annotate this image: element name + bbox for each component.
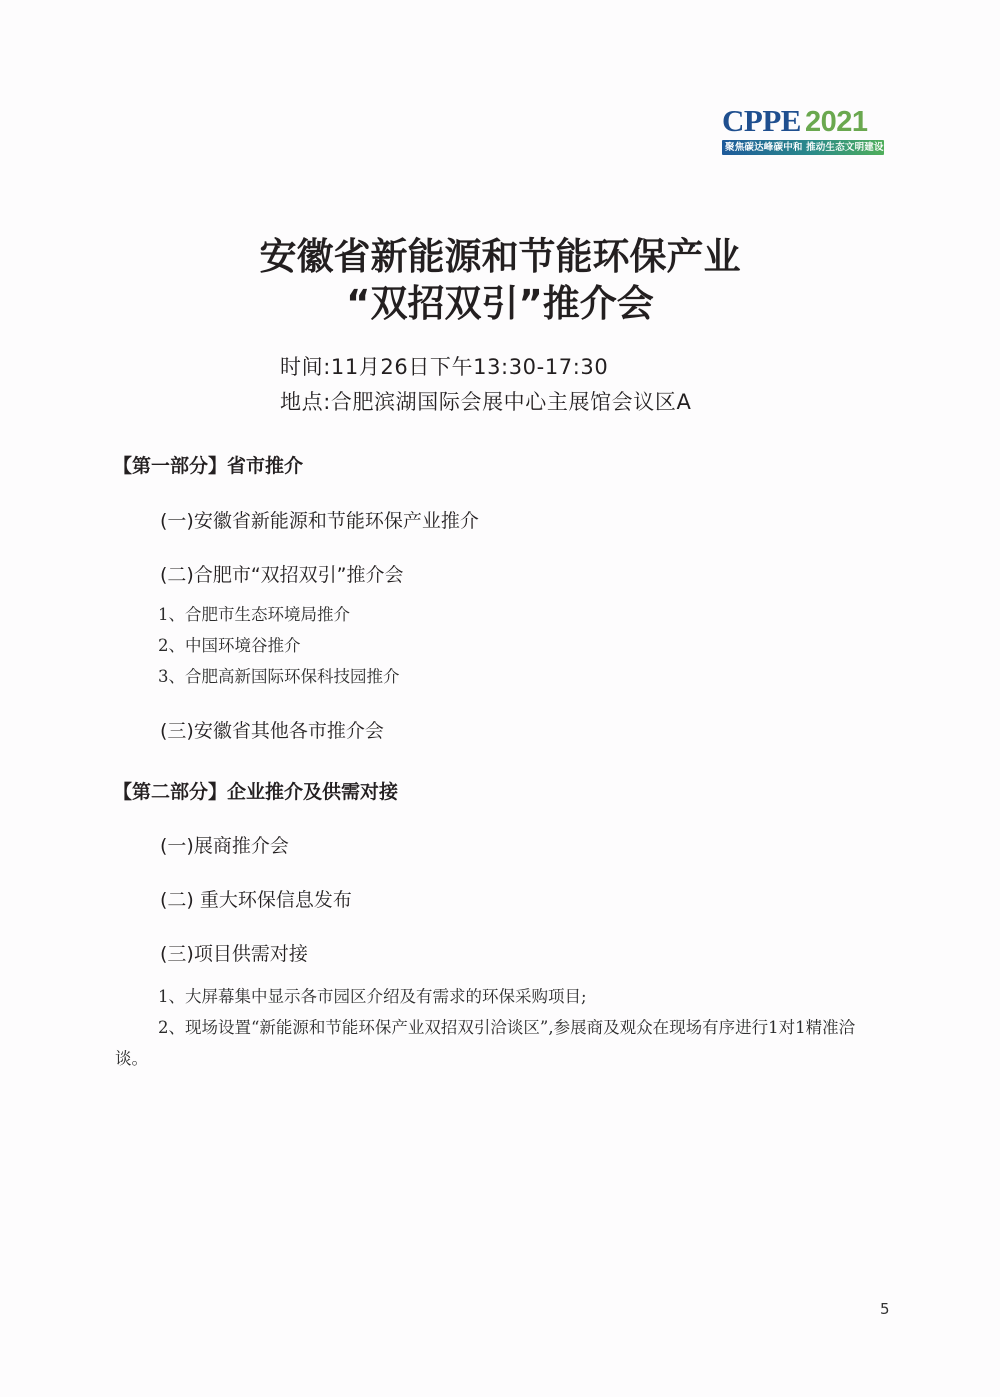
event-time: 时间:11月26日下午13:30-17:30 (280, 352, 608, 382)
part1-section-3: (三)安徽省其他各市推介会 (160, 717, 384, 745)
logo-year: 2021 (805, 106, 868, 138)
event-location: 地点:合肥滨湖国际会展中心主展馆会议区A (280, 387, 691, 417)
part1-heading: 【第一部分】省市推介 (113, 452, 303, 480)
cppe-logo: CPPE2021 聚焦碳达峰碳中和 推动生态文明建设 (722, 106, 884, 155)
logo-brand: CPPE (722, 103, 801, 138)
part1-section-2-item-1: 1、合肥市生态环境局推介 (158, 602, 350, 628)
page-title-line2: “双招双引”推介会 (0, 279, 1000, 329)
logo-slogan: 聚焦碳达峰碳中和 推动生态文明建设 (722, 140, 884, 155)
part1-section-2-item-2: 2、中国环境谷推介 (158, 633, 301, 659)
part2-section-1: (一)展商推介会 (160, 832, 289, 860)
part1-section-2-item-3: 3、合肥高新国际环保科技园推介 (158, 664, 400, 690)
part2-section-2: (二) 重大环保信息发布 (160, 886, 352, 914)
part2-section-3: (三)项目供需对接 (160, 940, 308, 968)
part2-paragraph-2: 2、现场设置“新能源和节能环保产业双招双引洽谈区”,参展商及观众在现场有序进行1… (115, 1012, 875, 1074)
part2-heading: 【第二部分】企业推介及供需对接 (113, 778, 398, 806)
page-title-line1: 安徽省新能源和节能环保产业 (0, 232, 1000, 282)
logo-wordmark: CPPE2021 (722, 106, 884, 137)
part1-section-2: (二)合肥市“双招双引”推介会 (160, 561, 404, 589)
part1-section-1: (一)安徽省新能源和节能环保产业推介 (160, 507, 479, 535)
page-number: 5 (880, 1300, 890, 1318)
part2-paragraph-1: 1、大屏幕集中显示各市园区介绍及有需求的环保采购项目; (115, 981, 875, 1012)
